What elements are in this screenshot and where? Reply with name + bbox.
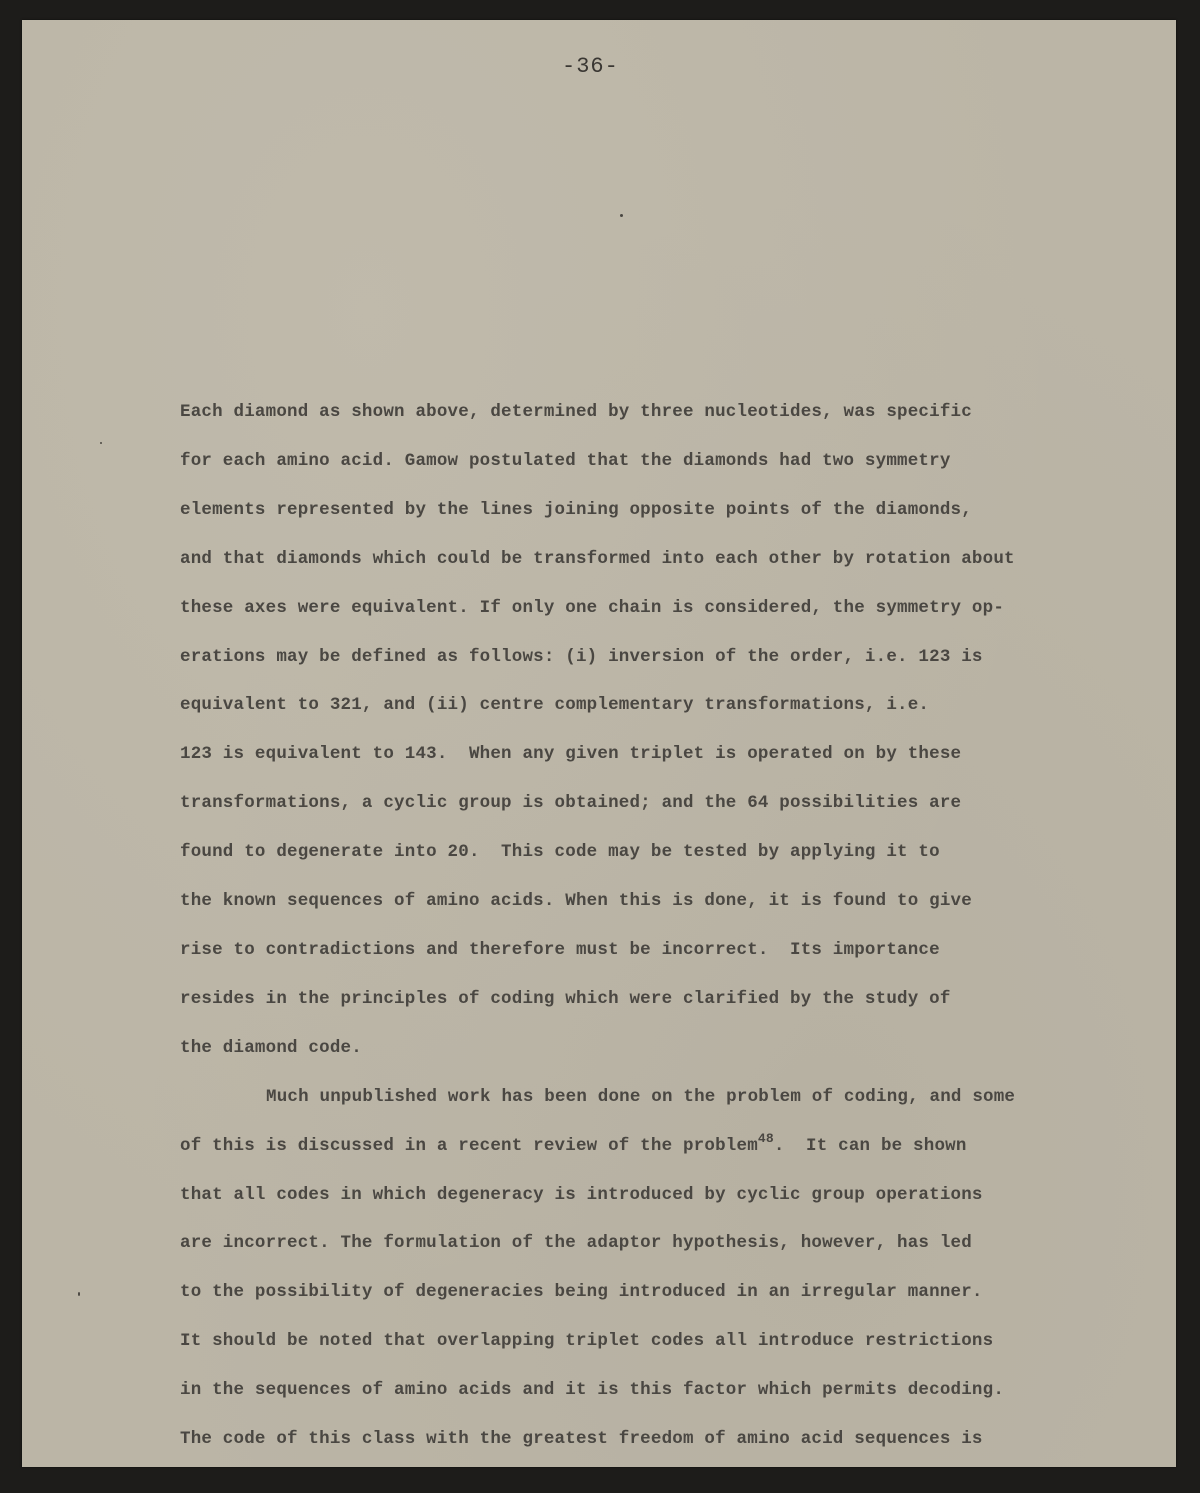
- text-line: elements represented by the lines joinin…: [180, 486, 1140, 535]
- text-line: 123 is equivalent to 143. When any given…: [180, 730, 1140, 779]
- document-page: -36- Each diamond as shown above, determ…: [22, 20, 1176, 1467]
- text-line: for each amino acid. Gamow postulated th…: [180, 437, 1140, 486]
- text-line: these axes were equivalent. If only one …: [180, 584, 1140, 633]
- text-line: Each diamond as shown above, determined …: [180, 388, 1140, 437]
- text-line: It should be noted that overlapping trip…: [180, 1317, 1140, 1366]
- text-line: erations may be defined as follows: (i) …: [180, 633, 1140, 682]
- paper-speck: [78, 1292, 80, 1296]
- paper-speck: [620, 214, 623, 217]
- text-line: rise to contradictions and therefore mus…: [180, 926, 1140, 975]
- text-line: resides in the principles of coding whic…: [180, 975, 1140, 1024]
- text-line: in the sequences of amino acids and it i…: [180, 1366, 1140, 1415]
- text-segment: of this is discussed in a recent review …: [180, 1136, 758, 1156]
- text-line: and that diamonds which could be transfo…: [180, 535, 1140, 584]
- text-line: transformations, a cyclic group is obtai…: [180, 779, 1140, 828]
- text-segment: . It can be shown: [774, 1136, 967, 1156]
- text-line: are incorrect. The formulation of the ad…: [180, 1219, 1140, 1268]
- text-line-with-footnote: of this is discussed in a recent review …: [180, 1122, 1140, 1171]
- paper-speck: [100, 442, 102, 444]
- text-line: equivalent to 321, and (ii) centre compl…: [180, 681, 1140, 730]
- text-line: The code of this class with the greatest…: [180, 1415, 1140, 1464]
- text-line: to the possibility of degeneracies being…: [180, 1268, 1140, 1317]
- text-line: that all codes in which degeneracy is in…: [180, 1171, 1140, 1220]
- text-line: the diamond code.: [180, 1024, 1140, 1073]
- text-line: Much unpublished work has been done on t…: [180, 1073, 1140, 1122]
- text-line: found to degenerate into 20. This code m…: [180, 828, 1140, 877]
- page-number: -36-: [562, 54, 619, 79]
- text-line: the known sequences of amino acids. When…: [180, 877, 1140, 926]
- body-text: Each diamond as shown above, determined …: [180, 388, 1140, 1464]
- footnote-reference: 48: [758, 1131, 774, 1146]
